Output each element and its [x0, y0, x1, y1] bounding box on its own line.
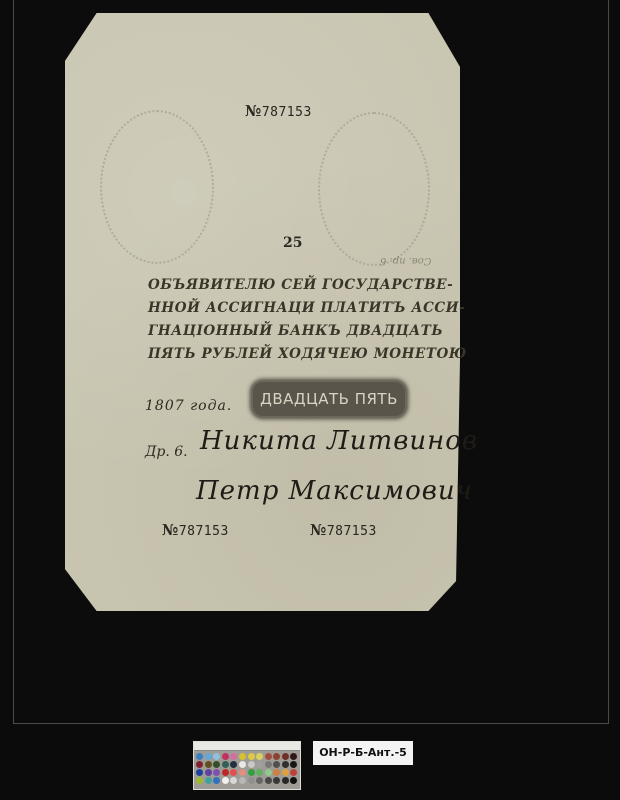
color-swatch: [256, 761, 263, 768]
color-swatch: [205, 753, 212, 760]
color-swatch: [265, 769, 272, 776]
scale-ruler: [194, 742, 300, 751]
color-swatch: [196, 777, 203, 784]
color-swatch: [273, 777, 280, 784]
color-swatch: [230, 777, 237, 784]
color-swatch: [213, 777, 220, 784]
color-swatch: [205, 761, 212, 768]
color-swatch: [239, 777, 246, 784]
office-mark: Др. 6.: [145, 444, 188, 460]
color-swatch: [222, 777, 229, 784]
text-line: нной ассигнаци платитъ асси-: [148, 297, 468, 320]
color-swatch: [239, 753, 246, 760]
denomination-numeral: 25: [283, 235, 302, 251]
promissory-text: Объявителю сей государстве- нной ассигна…: [148, 274, 468, 366]
color-swatch: [239, 769, 246, 776]
denomination-cartouche: ДВАДЦАТЬ ПЯТЬ: [253, 382, 405, 416]
color-swatch: [265, 753, 272, 760]
color-swatch: [290, 777, 297, 784]
text-line: пять рублей ходячею монетою: [148, 343, 468, 366]
color-swatch: [290, 769, 297, 776]
color-swatch: [273, 753, 280, 760]
color-swatch: [248, 761, 255, 768]
color-swatch: [273, 761, 280, 768]
color-swatch: [282, 777, 289, 784]
color-swatch: [213, 769, 220, 776]
color-swatch: [290, 753, 297, 760]
color-swatch: [230, 753, 237, 760]
color-swatch: [196, 769, 203, 776]
color-swatch: [222, 753, 229, 760]
serial-number-bottom-right: №787153: [310, 521, 377, 539]
color-swatch: [213, 761, 220, 768]
text-line: гнацiонный банкъ двадцать: [148, 320, 468, 343]
color-swatch: [205, 769, 212, 776]
color-swatch: [213, 753, 220, 760]
color-swatch: [282, 753, 289, 760]
color-swatch: [273, 769, 280, 776]
color-swatch: [256, 777, 263, 784]
serial-number-top: №787153: [245, 102, 312, 120]
signature-first: Никита Литвинов: [200, 426, 478, 456]
color-swatch: [290, 761, 297, 768]
text-line: Объявителю сей государстве-: [148, 274, 468, 297]
color-swatch: [265, 777, 272, 784]
color-swatch: [282, 769, 289, 776]
color-swatch: [230, 761, 237, 768]
color-swatch: [196, 753, 203, 760]
color-swatch: [196, 761, 203, 768]
color-swatch: [239, 761, 246, 768]
signature-second: Петр Максимович: [196, 476, 473, 506]
color-swatch: [222, 769, 229, 776]
serial-number-bottom-left: №787153: [162, 521, 229, 539]
color-swatch: [248, 777, 255, 784]
color-swatch: [282, 761, 289, 768]
color-swatch: [256, 769, 263, 776]
color-swatch-grid: [194, 751, 300, 786]
watermark-medallion-right: [318, 112, 430, 266]
color-swatch: [230, 769, 237, 776]
color-swatch: [248, 753, 255, 760]
color-swatch: [265, 761, 272, 768]
color-swatch: [205, 777, 212, 784]
color-checker-chart: [193, 741, 301, 790]
issue-year: 1807 года.: [145, 398, 232, 414]
color-swatch: [248, 769, 255, 776]
color-swatch: [222, 761, 229, 768]
watermark-medallion-left: [100, 110, 214, 264]
faint-inverted-inscription: Сов. пр. 6: [380, 255, 431, 266]
color-swatch: [256, 753, 263, 760]
archive-shelfmark-label: ОН-Р-Б-Ант.-5: [313, 741, 413, 765]
